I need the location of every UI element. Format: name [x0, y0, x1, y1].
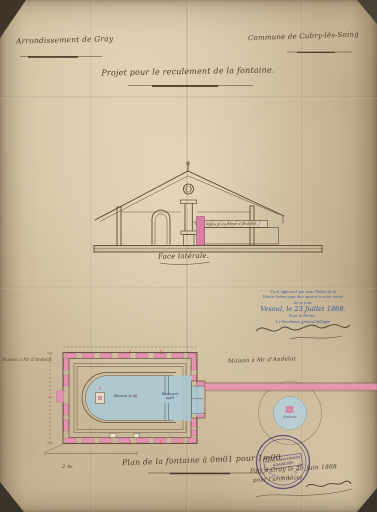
roof-finial [187, 162, 189, 164]
scan-corner-bottom-right [355, 486, 377, 512]
architect-signature [306, 481, 351, 487]
elevation-neighbor-label: Maison de Mme d'Andelot [206, 220, 268, 226]
column-pedestal [184, 235, 195, 246]
spout [192, 222, 196, 225]
masonry-blocks [57, 353, 205, 442]
arrondissement-label: Arrondissement de Gray [16, 34, 141, 46]
approval-line-5: Le Secrétaire général délégué [241, 319, 365, 325]
elevation-pink-wall-section [197, 217, 205, 246]
roof-outline [95, 171, 284, 220]
outlet-extension [192, 381, 206, 418]
gable-ornament [184, 184, 194, 194]
plan-right-property-label: Maison à Mr d'Andelot [228, 355, 328, 365]
prefect-signature [256, 325, 350, 331]
fountain-column-plan [96, 393, 105, 404]
neighbor-wall-face [205, 228, 279, 245]
plan-drawing [45, 347, 377, 456]
water-basin-wash [86, 376, 203, 421]
handwriting-underlines [20, 52, 352, 474]
project-title: Projet pour le reculement de la fontaine… [92, 65, 284, 78]
channel-wall-band [205, 384, 377, 391]
existing-fountain-label: fontaine [278, 415, 302, 419]
fold-crease-horizontal-upper [0, 96, 377, 99]
scan-corner-bottom-left [0, 480, 26, 512]
approval-date-line: Vesoul, le 23 Juillet 1868. [241, 305, 365, 313]
reservoir-dimension-label: Réservoir 0,80 [159, 392, 181, 400]
existing-basin [274, 397, 307, 430]
existing-fountain-rosette [285, 406, 294, 413]
elevation-caption: Face latérale. [158, 251, 238, 260]
scanned-plan-document: Arrondissement de Gray Commune de Cubry-… [0, 0, 377, 512]
right-wall [250, 206, 254, 246]
left-wall [117, 207, 121, 246]
basin-dimension-label: Bassin 4,00 [114, 393, 146, 398]
elevation-caption-flourish [160, 262, 210, 264]
plan-left-property-label: Maison à Mr d'Andelot [2, 358, 62, 363]
elevation-drawing [94, 162, 322, 252]
column-capital [181, 200, 197, 204]
niche-arch [152, 210, 170, 245]
prefect-approval-block: Vu et approuvé par nous Préfet de la Hau… [241, 289, 365, 324]
scan-corner-top-left [0, 0, 30, 40]
commune-label: Commune de Cubry-lès-Soing [248, 30, 376, 43]
inlet-structure [57, 391, 64, 402]
footer-signed-for: pour l'architecte [253, 474, 323, 484]
column-shaft [185, 204, 192, 232]
scale-note: 2 m. [62, 465, 92, 471]
scan-corner-top-right [353, 0, 377, 26]
fold-crease-vertical-right [301, 0, 304, 512]
existing-fountain-circle [259, 382, 322, 445]
footer-date-line: Fait à Gray le 20 Juin 1868 [250, 463, 358, 476]
